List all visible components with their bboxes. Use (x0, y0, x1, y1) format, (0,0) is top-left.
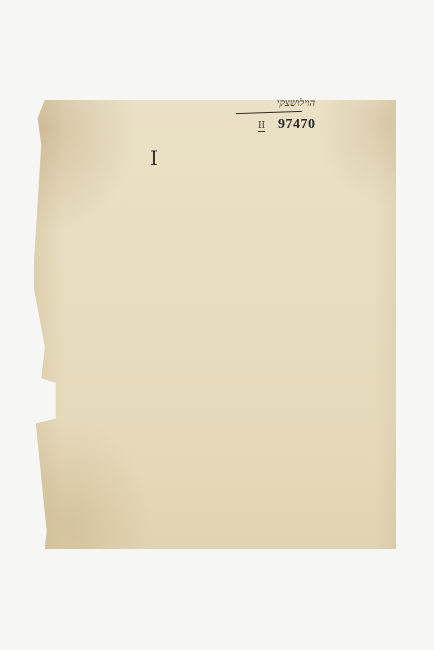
archive-number: 97470 (278, 117, 316, 133)
header-note: הוילושצקי (246, 98, 346, 109)
document-paper (34, 100, 396, 549)
margin-mark: I (150, 146, 158, 170)
archive-roman-numeral: II (258, 121, 265, 132)
